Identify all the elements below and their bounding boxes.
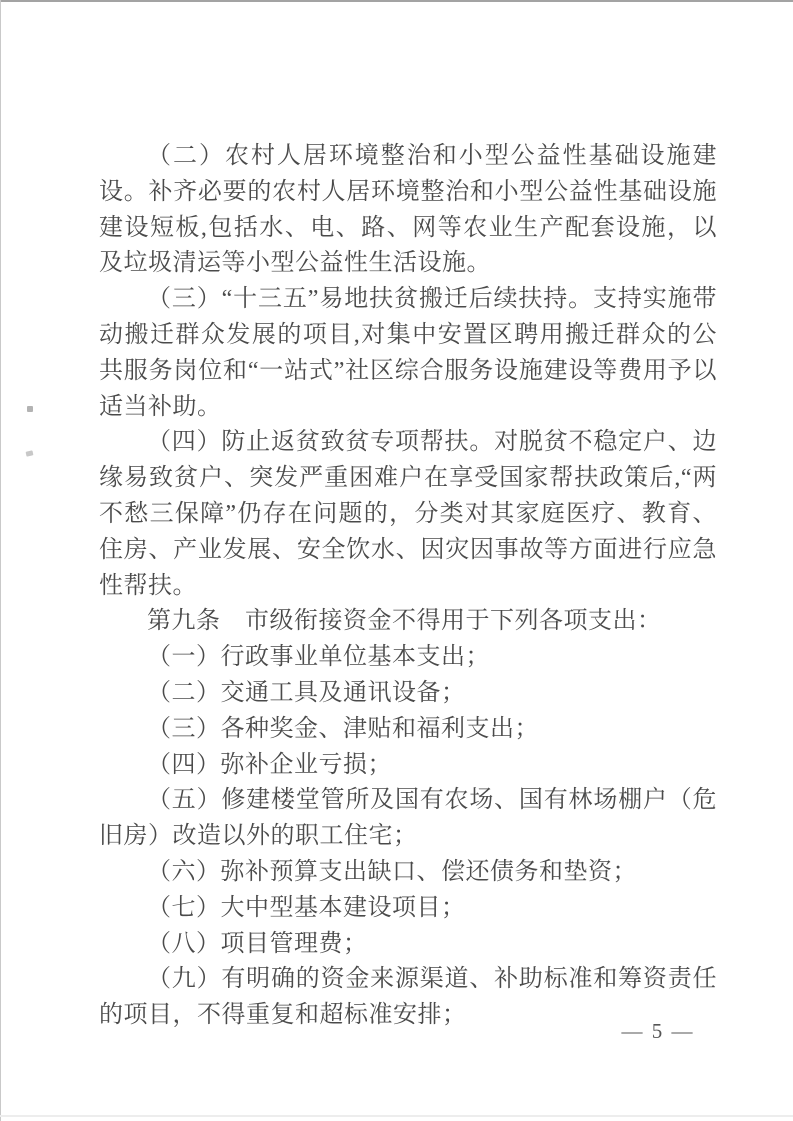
ink-speck: [27, 406, 33, 412]
para-item-3: （三）各种奖金、津贴和福利支出；: [99, 712, 717, 748]
para-item-6: （六）弥补预算支出缺口、偿还债务和垫资；: [99, 855, 717, 891]
scan-edge-left: [0, 0, 1, 1121]
page-number: — 5 —: [598, 1019, 718, 1044]
scan-edge-top: [0, 0, 793, 2]
para-item-4: （四）弥补企业亏损；: [99, 748, 717, 784]
ink-speck: [26, 450, 34, 456]
para-article-9: 第九条 市级衔接资金不得用于下列各项支出：: [99, 604, 717, 640]
document-body: （二）农村人居环境整治和小型公益性基础设施建设。补齐必要的农村人居环境整治和小型…: [99, 139, 717, 1034]
para-section-4: （四）防止返贫致贫专项帮扶。对脱贫不稳定户、边缘易致贫户、突发严重困难户在享受国…: [99, 425, 717, 604]
para-section-2: （二）农村人居环境整治和小型公益性基础设施建设。补齐必要的农村人居环境整治和小型…: [99, 139, 717, 282]
scan-edge-bottom: [0, 1115, 793, 1117]
para-item-2: （二）交通工具及通讯设备；: [99, 676, 717, 712]
para-section-3: （三）“十三五”易地扶贫搬迁后续扶持。支持实施带动搬迁群众发展的项目,对集中安置…: [99, 282, 717, 425]
para-item-5: （五）修建楼堂管所及国有农场、国有林场棚户（危旧房）改造以外的职工住宅；: [99, 783, 717, 855]
para-item-8: （八）项目管理费；: [99, 927, 717, 963]
para-item-1: （一）行政事业单位基本支出；: [99, 640, 717, 676]
para-item-7: （七）大中型基本建设项目；: [99, 891, 717, 927]
